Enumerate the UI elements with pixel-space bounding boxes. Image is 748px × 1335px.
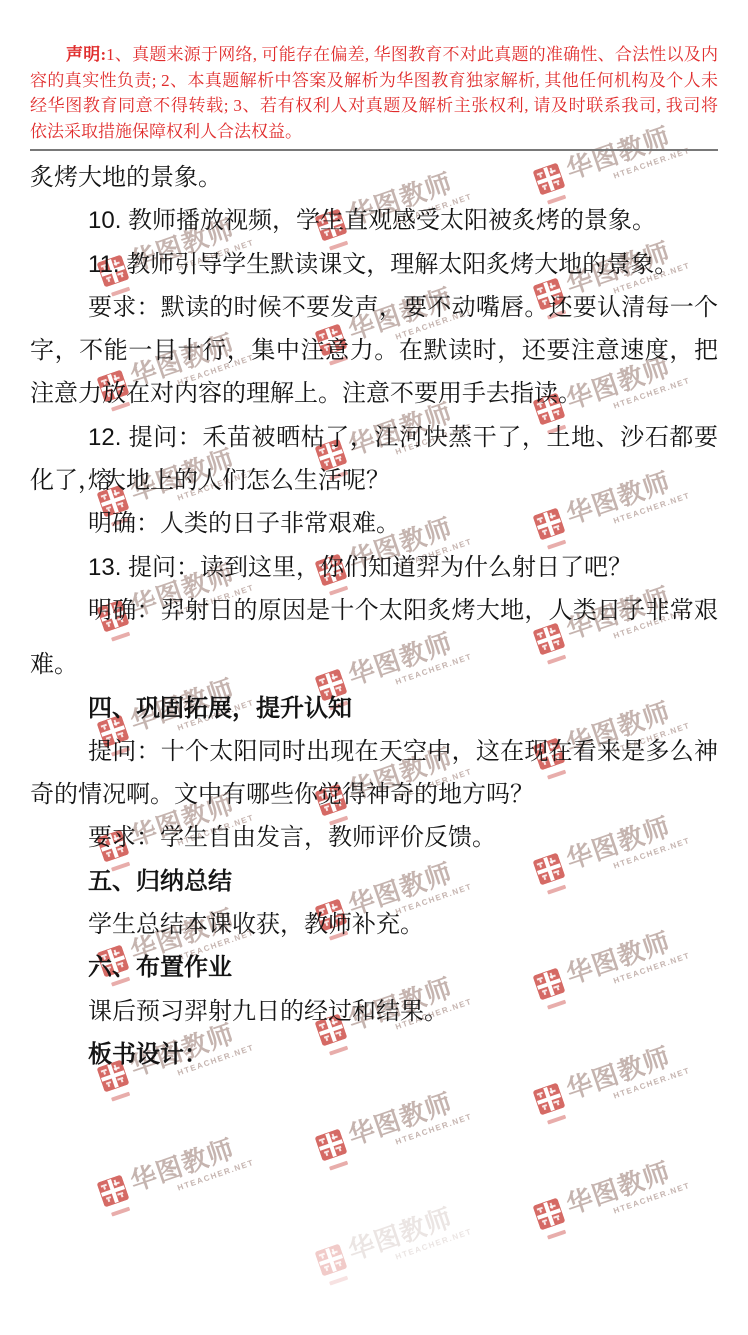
disclaimer-line: 容的真实性负责; 2、本真题解析中答案及解析为华图教育独家解析, 其他任何机构及… bbox=[30, 68, 718, 94]
separator-line bbox=[30, 149, 718, 151]
text-line: 提问：十个太阳同时出现在天空中，这在现在看来是多么神 bbox=[30, 730, 718, 773]
watermark-subtext: HTEACHER.NET bbox=[394, 1112, 473, 1147]
disclaimer: 声明:1、真题来源于网络, 可能存在偏差, 华图教育不对此真题的准确性、合法性以… bbox=[30, 42, 718, 144]
text-line: 化了，大地上的人们怎么生活呢？ bbox=[30, 459, 718, 502]
section-heading: 板书设计： bbox=[30, 1033, 718, 1076]
watermark-mini-text bbox=[329, 1161, 348, 1171]
text-line: 字，不能一目十行，集中注意力。在默读时，还要注意速度，把 bbox=[30, 329, 718, 372]
huatu-logo-icon bbox=[96, 1174, 133, 1217]
huatu-logo-icon bbox=[314, 1128, 351, 1171]
section-heading: 六、布置作业 bbox=[30, 946, 718, 989]
huatu-logo-icon bbox=[532, 1082, 569, 1125]
document-page: 华图教师HTEACHER.NET华图教师HTEACHER.NET华图教师HTEA… bbox=[0, 0, 748, 1335]
watermark-mini-text bbox=[111, 1092, 130, 1102]
lesson-plan-text: 炙烤大地的景象。10. 教师播放视频，学生直观感受太阳被炙烤的景象。11. 教师… bbox=[30, 156, 718, 1076]
text-line: 13. 提问：读到这里，你们知道羿为什么射日了吧？ bbox=[30, 546, 718, 589]
watermark-mini-text bbox=[329, 1276, 348, 1286]
text-line: 要求：学生自由发言，教师评价反馈。 bbox=[30, 816, 718, 859]
huatu-logo-icon bbox=[532, 1197, 569, 1240]
text-line: 课后预习羿射九日的经过和结果。 bbox=[30, 990, 718, 1033]
section-heading: 四、巩固拓展，提升认知 bbox=[30, 687, 718, 730]
watermark-text: 华图教师 bbox=[343, 1193, 471, 1268]
watermark-text: 华图教师 bbox=[343, 1078, 471, 1153]
text-line: 难。 bbox=[30, 643, 718, 686]
text-line: 11. 教师引导学生默读课文，理解太阳炙烤大地的景象。 bbox=[30, 243, 718, 286]
watermark-mini-text bbox=[111, 1207, 130, 1217]
text-line: 12. 提问：禾苗被晒枯了，江河快蒸干了，土地、沙石都要熔 bbox=[30, 416, 718, 459]
watermark-text: 华图教师 bbox=[125, 1124, 253, 1199]
text-line: 10. 教师播放视频，学生直观感受太阳被炙烤的景象。 bbox=[30, 199, 718, 242]
watermark-subtext: HTEACHER.NET bbox=[394, 1227, 473, 1262]
disclaimer-line: 声明:1、真题来源于网络, 可能存在偏差, 华图教育不对此真题的准确性、合法性以… bbox=[30, 42, 718, 68]
text-line: 明确：人类的日子非常艰难。 bbox=[30, 502, 718, 545]
text-line: 学生总结本课收获，教师补充。 bbox=[30, 903, 718, 946]
watermark: 华图教师HTEACHER.NET bbox=[532, 1155, 691, 1241]
watermark-mini-text bbox=[547, 1230, 566, 1240]
watermark-mini-text bbox=[547, 1115, 566, 1125]
text-line: 注意力放在对内容的理解上。注意不要用手去指读。 bbox=[30, 372, 718, 415]
watermark-subtext: HTEACHER.NET bbox=[612, 1181, 691, 1216]
section-heading: 五、归纳总结 bbox=[30, 860, 718, 903]
watermark-subtext: HTEACHER.NET bbox=[176, 1158, 255, 1193]
text-line: 明确：羿射日的原因是十个太阳炙烤大地，人类日子非常艰 bbox=[30, 589, 718, 632]
text-line: 要求：默读的时候不要发声，要不动嘴唇。还要认清每一个 bbox=[30, 286, 718, 329]
disclaimer-line: 依法采取措施保障权利人合法权益。 bbox=[30, 119, 718, 145]
watermark: 华图教师HTEACHER.NET bbox=[96, 1132, 255, 1218]
disclaimer-line: 经华图教育同意不得转载; 3、若有权利人对真题及解析主张权利, 请及时联系我司,… bbox=[30, 93, 718, 119]
text-line: 奇的情况啊。文中有哪些你觉得神奇的地方吗？ bbox=[30, 773, 718, 816]
watermark-text: 华图教师 bbox=[561, 1147, 689, 1222]
text-line: 炙烤大地的景象。 bbox=[30, 156, 718, 199]
huatu-logo-icon bbox=[314, 1243, 351, 1286]
watermark: 华图教师HTEACHER.NET bbox=[314, 1086, 473, 1172]
disclaimer-label: 声明: bbox=[66, 45, 106, 64]
disclaimer-text: 1、真题来源于网络, 可能存在偏差, 华图教育不对此真题的准确性、合法性以及内 bbox=[106, 45, 718, 64]
watermark: 华图教师HTEACHER.NET bbox=[314, 1201, 473, 1287]
